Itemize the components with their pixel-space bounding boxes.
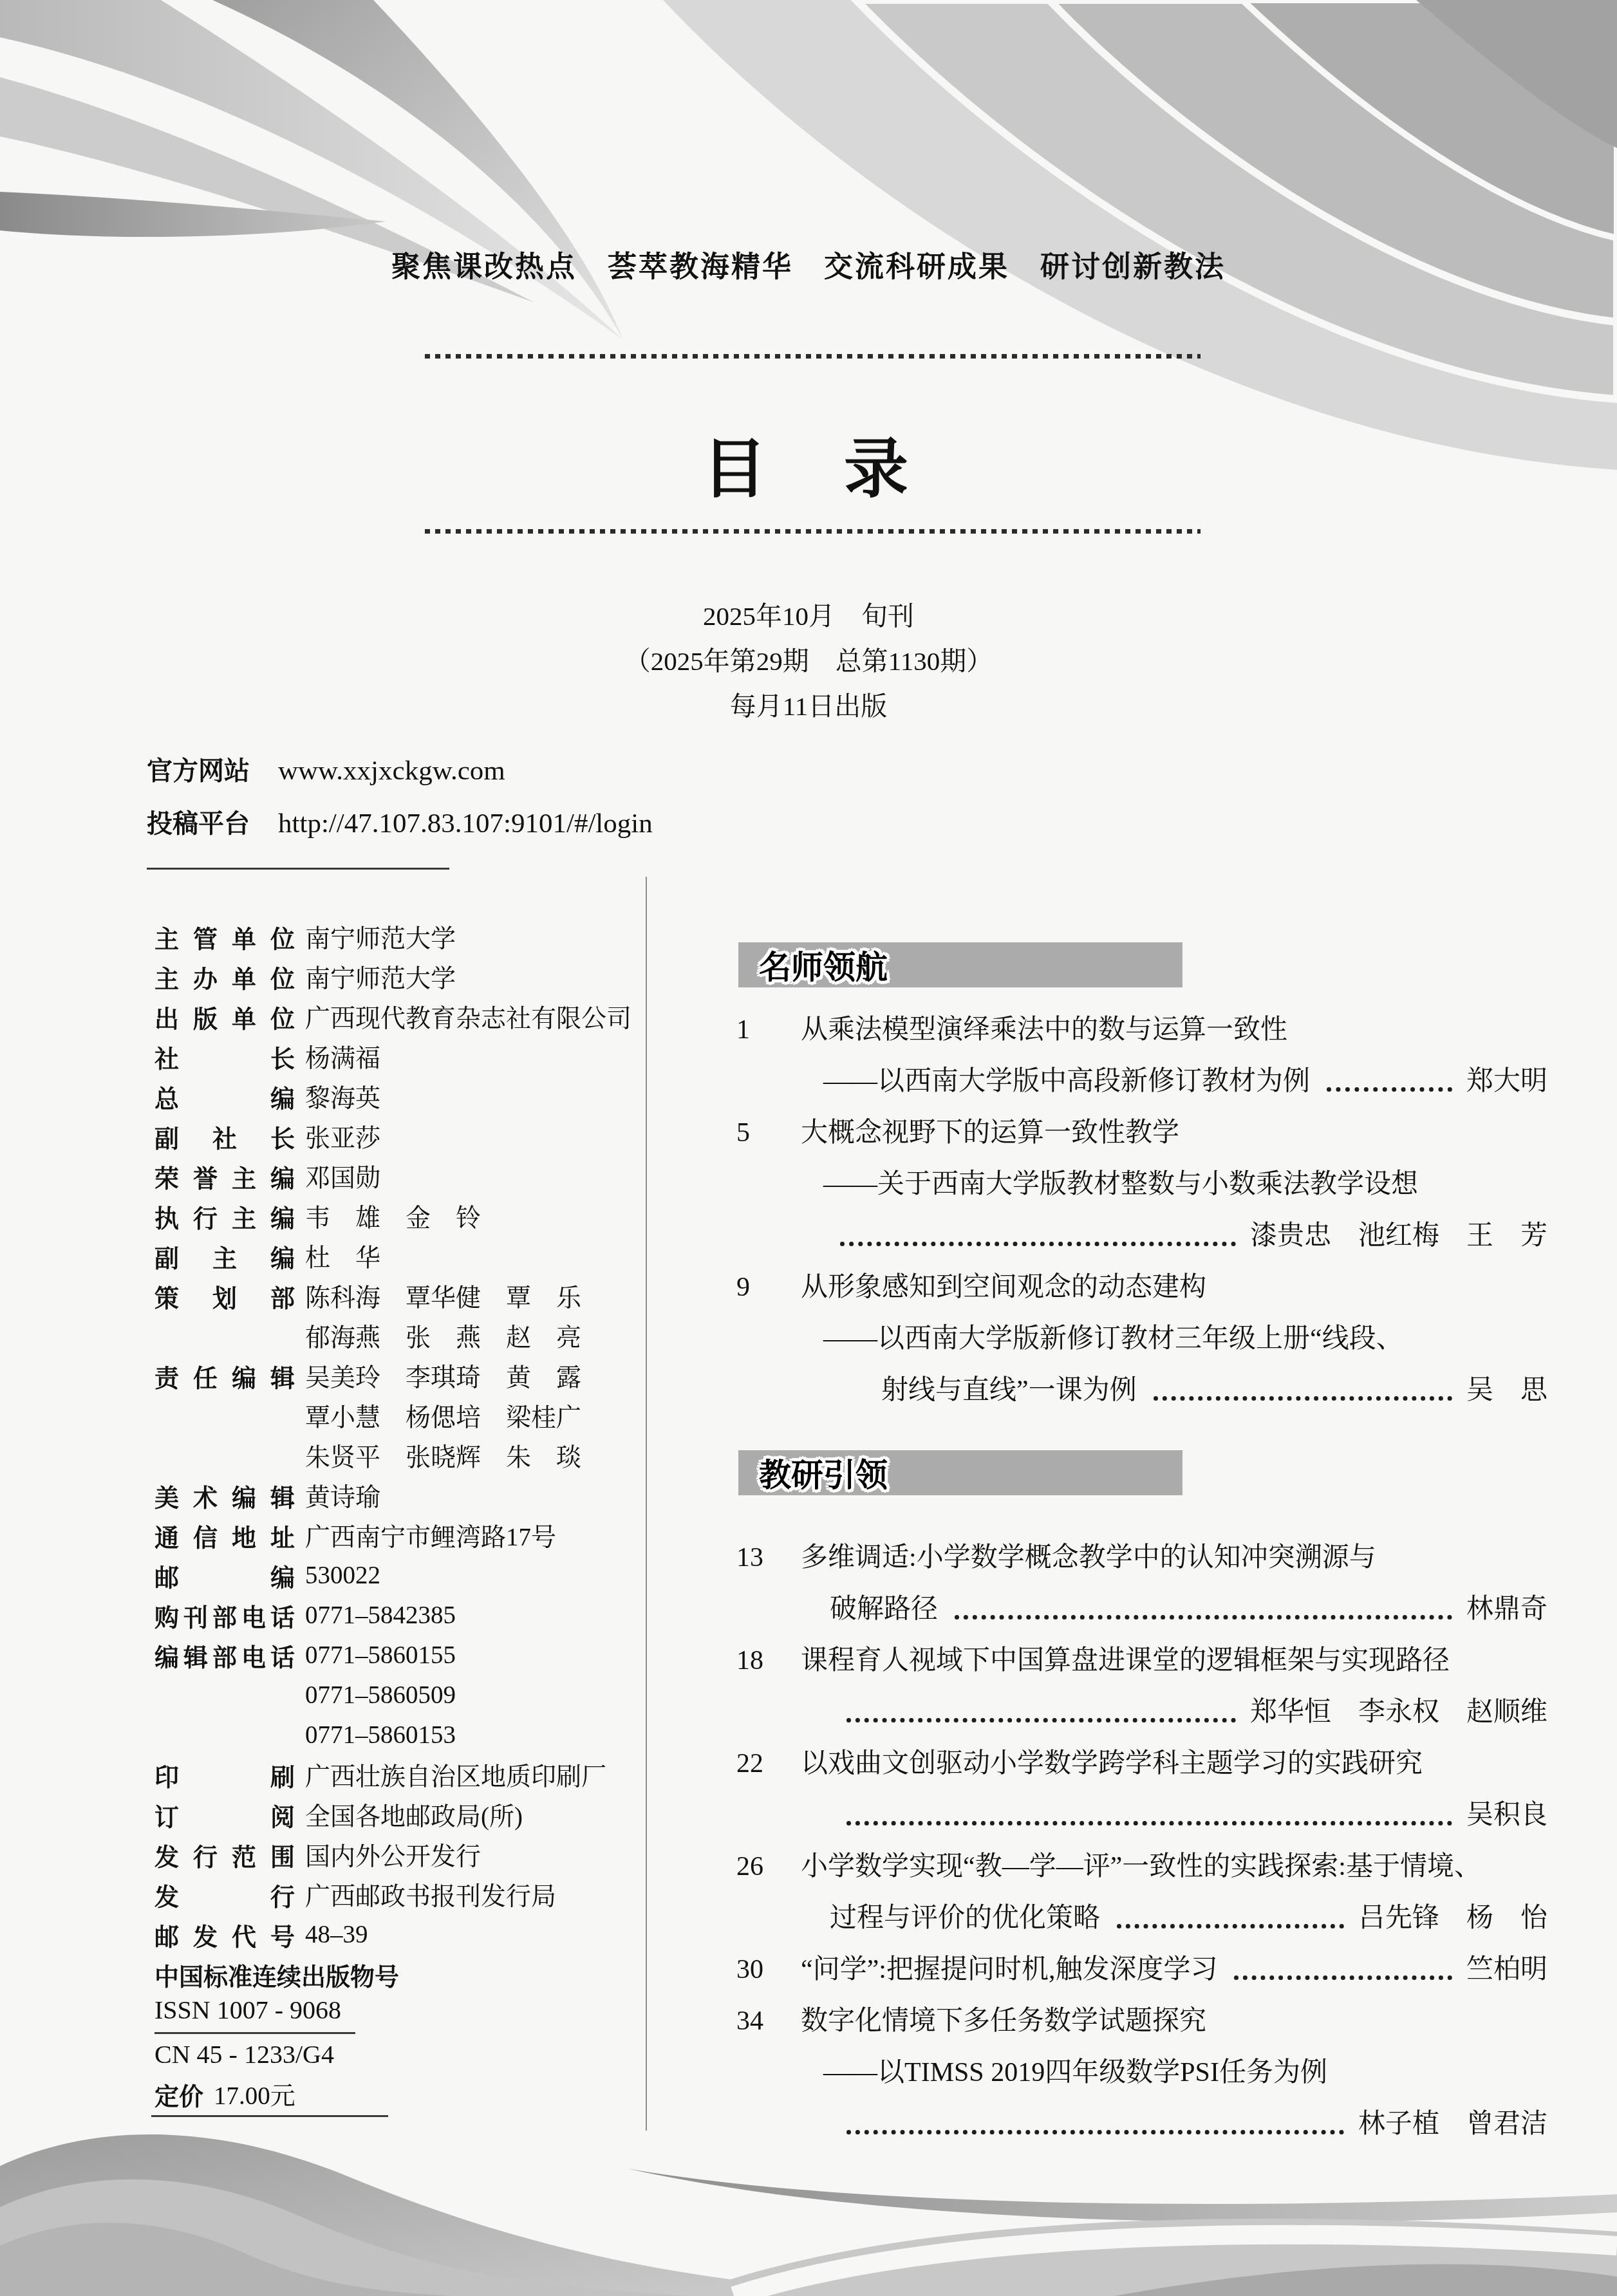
dot-leader [955, 1615, 1452, 1619]
article-authors: 林子植 曾君洁 [1358, 2098, 1547, 2150]
page-title: 目 录 [0, 417, 1617, 510]
article-title: 从形象感知到空间观念的动态建构 [801, 1262, 1206, 1313]
page-number: 30 [736, 1944, 801, 1995]
masthead-value: 0771–5860509 [305, 1681, 456, 1710]
toc-entry-title: 5大概念视野下的运算一致性教学 [729, 1107, 1547, 1159]
masthead-value: 国内外公开发行 [305, 1836, 481, 1872]
dot-leader [846, 2130, 1344, 2134]
masthead-value: 邓国勋 [305, 1158, 380, 1194]
page-number: 18 [736, 1635, 801, 1686]
toc-entry-title: 26小学数学实现“教—学—评”一致性的实践探索:基于情境、 [729, 1841, 1547, 1892]
short-rule [147, 868, 449, 870]
article-authors: 郑华恒 李永权 赵顺维 [1250, 1686, 1547, 1738]
submission-url: http://47.107.83.107:9101/#/login [278, 808, 653, 839]
toc-entry-title: 1从乘法模型演绎乘法中的数与运算一致性 [729, 1004, 1547, 1056]
masthead-value: 广西邮政书报刊发行局 [305, 1876, 556, 1912]
masthead-value: 杜 华 [305, 1238, 380, 1274]
masthead-label: 编辑部电话 [154, 1638, 295, 1673]
cn-row: CN 45 - 1233/G4 [154, 2034, 631, 2074]
section-header-label: 名师领航 [759, 942, 888, 988]
masthead-label: 主管单位 [154, 919, 295, 955]
masthead-row: 购刊部电话0771–5842385 [154, 1595, 631, 1635]
issn-heading: 中国标准连续出版物号 [154, 1957, 399, 1992]
dot-leader [840, 1242, 1236, 1246]
section-header-mingshi: 名师领航 [738, 942, 1182, 987]
article-authors: 吕先锋 杨 怡 [1358, 1892, 1547, 1944]
masthead-value: 黎海英 [305, 1078, 380, 1114]
masthead-row: 覃小慧 杨偲培 梁桂广 [154, 1395, 631, 1435]
masthead-label: 主办单位 [154, 959, 295, 994]
masthead-row: 0771–5860509 [154, 1675, 631, 1715]
price-label: 定价 [154, 2077, 203, 2112]
masthead-value: 覃小慧 杨偲培 梁桂广 [305, 1397, 581, 1433]
masthead-row: 0771–5860153 [154, 1715, 631, 1755]
article-title: “问学”:把握提问时机,触发深度学习 [801, 1944, 1217, 1995]
masthead-row: 副社长张亚莎 [154, 1116, 631, 1156]
masthead-row: 社长杨满福 [154, 1036, 631, 1076]
masthead-row: 发行广西邮政书报刊发行局 [154, 1874, 631, 1914]
masthead-row: 荣誉主编邓国勋 [154, 1156, 631, 1196]
page-number: 34 [736, 1995, 801, 2047]
toc-entry-title: 18课程育人视域下中国算盘进课堂的逻辑框架与实现路径 [729, 1635, 1547, 1686]
submission-platform-row: 投稿平台 http://47.107.83.107:9101/#/login [147, 803, 653, 840]
masthead-row: 邮编530022 [154, 1555, 631, 1595]
section-header-label: 教研引领 [759, 1450, 888, 1496]
article-subtitle: ——以西南大学版中高段新修订教材为例 [823, 1056, 1310, 1107]
page-number: 22 [736, 1738, 801, 1789]
masthead-value: 530022 [305, 1561, 380, 1590]
masthead-label: 通信地址 [154, 1518, 295, 1553]
toc-entry-authors: 郑华恒 李永权 赵顺维 [729, 1686, 1547, 1738]
issue-info: 2025年10月 旬刊 （2025年第29期 总第1130期） 每月11日出版 [0, 593, 1617, 729]
masthead-label: 订阅 [154, 1797, 295, 1833]
masthead-bottom-rule [151, 2115, 388, 2117]
masthead-label: 邮编 [154, 1558, 295, 1593]
masthead-row: 订阅全国各地邮政局(所) [154, 1795, 631, 1834]
masthead-value: 0771–5860153 [305, 1721, 456, 1750]
masthead-row: 策划部陈科海 覃华健 覃 乐 [154, 1276, 631, 1316]
masthead-row: 主办单位南宁师范大学 [154, 957, 631, 996]
masthead-row: 执行主编韦 雄 金 铃 [154, 1196, 631, 1236]
masthead-row: 郁海燕 张 燕 赵 亮 [154, 1316, 631, 1356]
page-number: 5 [736, 1107, 801, 1159]
page-number: 9 [736, 1262, 801, 1313]
cn-number: CN 45 - 1233/G4 [154, 2039, 334, 2069]
article-subtitle: ——以TIMSS 2019四年级数学PSI任务为例 [823, 2047, 1327, 2098]
toc-entry-authors: 漆贵忠 池红梅 王 芳 [729, 1210, 1547, 1262]
masthead-label: 社长 [154, 1039, 295, 1074]
masthead-label: 印刷 [154, 1757, 295, 1793]
dot-leader [1154, 1396, 1452, 1401]
toc-entry-subtitle: ——以西南大学版新修订教材三年级上册“线段、 [729, 1313, 1547, 1365]
masthead-value: 0771–5842385 [305, 1601, 456, 1630]
dot-leader [1327, 1087, 1452, 1092]
masthead-row: 邮发代号48–39 [154, 1914, 631, 1954]
masthead-value: 韦 雄 金 铃 [305, 1198, 481, 1234]
toc-entry-subtitle: 射线与直线”一课为例吴 思 [729, 1365, 1547, 1416]
issn-row: ISSN 1007 - 9068 [154, 1994, 631, 2034]
article-authors: 漆贵忠 池红梅 王 芳 [1250, 1210, 1547, 1262]
article-subtitle: ——关于西南大学版教材整数与小数乘法教学设想 [823, 1159, 1418, 1210]
article-authors: 竺柏明 [1466, 1944, 1547, 1995]
article-subtitle: 过程与评价的优化策略 [830, 1892, 1100, 1944]
dot-leader [1117, 1924, 1344, 1928]
toc-entry-subtitle: ——以TIMSS 2019四年级数学PSI任务为例 [729, 2047, 1547, 2098]
masthead-value: 张亚莎 [305, 1118, 380, 1154]
masthead-row: 美术编辑黄诗瑜 [154, 1475, 631, 1515]
masthead-value: 南宁师范大学 [305, 958, 456, 994]
submission-label: 投稿平台 [147, 803, 250, 840]
article-subtitle: ——以西南大学版新修订教材三年级上册“线段、 [823, 1313, 1403, 1365]
website-label: 官方网站 [147, 751, 250, 787]
toc-entry-subtitle: 破解路径林鼎奇 [729, 1583, 1547, 1635]
masthead-row: 发行范围国内外公开发行 [154, 1834, 631, 1874]
masthead-label: 策划部 [154, 1278, 295, 1314]
article-authors: 郑大明 [1466, 1056, 1547, 1107]
official-website-row: 官方网站 www.xxjxckgw.com [147, 751, 505, 787]
article-authors: 吴 思 [1466, 1365, 1547, 1416]
masthead-value: 郁海燕 张 燕 赵 亮 [305, 1318, 581, 1354]
article-title: 小学数学实现“教—学—评”一致性的实践探索:基于情境、 [801, 1841, 1481, 1892]
masthead-label: 副主编 [154, 1238, 295, 1274]
masthead-label: 发行 [154, 1877, 295, 1912]
masthead-value: 陈科海 覃华健 覃 乐 [305, 1278, 581, 1314]
masthead-row: 总编黎海英 [154, 1076, 631, 1116]
masthead-row: 主管单位南宁师范大学 [154, 917, 631, 957]
article-title: 大概念视野下的运算一致性教学 [801, 1107, 1179, 1159]
masthead-label: 出版单位 [154, 999, 295, 1034]
page-number: 26 [736, 1841, 801, 1892]
column-divider [646, 877, 647, 2131]
masthead-value: 全国各地邮政局(所) [305, 1797, 523, 1833]
price-value: 17.00元 [214, 2076, 295, 2112]
dot-leader [846, 1821, 1452, 1825]
toc-section-2: 13多维调适:小学数学概念教学中的认知冲突溯源与 破解路径林鼎奇 18课程育人视… [729, 1532, 1547, 2150]
publish-day: 每月11日出版 [0, 684, 1617, 729]
page-number: 13 [736, 1532, 801, 1583]
toc-entry-title: 22以戏曲文创驱动小学数学跨学科主题学习的实践研究 [729, 1738, 1547, 1789]
masthead-value: 黄诗瑜 [305, 1477, 380, 1513]
toc-entry-title: 9从形象感知到空间观念的动态建构 [729, 1262, 1547, 1313]
masthead-label: 副社长 [154, 1119, 295, 1154]
masthead-row: 责任编辑吴美玲 李琪琦 黄 露 [154, 1356, 631, 1395]
masthead-value: 杨满福 [305, 1038, 380, 1074]
masthead-value: 广西南宁市鲤湾路17号 [305, 1517, 556, 1553]
masthead-row: 编辑部电话0771–5860155 [154, 1635, 631, 1675]
issue-date-frequency: 2025年10月 旬刊 [0, 593, 1617, 639]
masthead-label: 发行范围 [154, 1837, 295, 1872]
dot-leader [846, 1718, 1236, 1722]
masthead-label: 邮发代号 [154, 1917, 295, 1952]
page-number: 1 [736, 1004, 801, 1056]
article-title: 从乘法模型演绎乘法中的数与运算一致性 [801, 1004, 1287, 1056]
masthead-label: 荣誉主编 [154, 1159, 295, 1194]
masthead-value: 0771–5860155 [305, 1641, 456, 1670]
article-title: 以戏曲文创驱动小学数学跨学科主题学习的实践研究 [801, 1738, 1423, 1789]
toc-entry-subtitle: 过程与评价的优化策略吕先锋 杨 怡 [729, 1892, 1547, 1944]
article-title: 数字化情境下多任务数学试题探究 [801, 1995, 1206, 2047]
masthead: 主管单位南宁师范大学 主办单位南宁师范大学 出版单位广西现代教育杂志社有限公司 … [154, 917, 631, 2114]
masthead-label: 美术编辑 [154, 1478, 295, 1513]
masthead-row: 印刷广西壮族自治区地质印刷厂 [154, 1755, 631, 1795]
masthead-row: 通信地址广西南宁市鲤湾路17号 [154, 1515, 631, 1555]
article-subtitle: 破解路径 [830, 1583, 938, 1635]
toc-entry-title: 13多维调适:小学数学概念教学中的认知冲突溯源与 [729, 1532, 1547, 1583]
article-authors: 林鼎奇 [1466, 1583, 1547, 1635]
issue-number: （2025年第29期 总第1130期） [0, 639, 1617, 684]
dotted-rule-bottom [425, 529, 1201, 534]
masthead-row: 副主编杜 华 [154, 1236, 631, 1276]
article-title: 课程育人视域下中国算盘进课堂的逻辑框架与实现路径 [801, 1635, 1450, 1686]
toc-section-1: 1从乘法模型演绎乘法中的数与运算一致性 ——以西南大学版中高段新修订教材为例郑大… [729, 1004, 1547, 1416]
dot-leader [1234, 1975, 1452, 1980]
toc-entry-authors: 吴积良 [729, 1789, 1547, 1841]
toc-entry-subtitle: ——关于西南大学版教材整数与小数乘法教学设想 [729, 1159, 1547, 1210]
masthead-row: 朱贤平 张晓辉 朱 琰 [154, 1435, 631, 1475]
article-title: 多维调适:小学数学概念教学中的认知冲突溯源与 [801, 1532, 1376, 1583]
masthead-label: 责任编辑 [154, 1358, 295, 1394]
masthead-value: 南宁师范大学 [305, 919, 456, 955]
article-authors: 吴积良 [1466, 1789, 1547, 1841]
price-row: 定价17.00元 [154, 2074, 631, 2114]
masthead-value: 广西现代教育杂志社有限公司 [305, 998, 631, 1034]
toc-column: 名师领航 1从乘法模型演绎乘法中的数与运算一致性 ——以西南大学版中高段新修订教… [729, 942, 1547, 2150]
issn-heading-row: 中国标准连续出版物号 [154, 1954, 631, 1994]
masthead-value: 吴美玲 李琪琦 黄 露 [305, 1358, 581, 1394]
section-header-jiaoyan: 教研引领 [738, 1450, 1182, 1495]
masthead-row: 出版单位广西现代教育杂志社有限公司 [154, 996, 631, 1036]
dotted-rule-top [425, 354, 1201, 359]
website-url: www.xxjxckgw.com [278, 755, 505, 787]
masthead-label: 购刊部电话 [154, 1598, 295, 1633]
masthead-label: 总编 [154, 1079, 295, 1114]
toc-entry-title: 34数字化情境下多任务数学试题探究 [729, 1995, 1547, 2047]
magazine-slogan: 聚焦课改热点 荟萃教海精华 交流科研成果 研讨创新教法 [0, 243, 1617, 285]
toc-entry-subtitle: ——以西南大学版中高段新修订教材为例郑大明 [729, 1056, 1547, 1107]
toc-entry-authors: 林子植 曾君洁 [729, 2098, 1547, 2150]
masthead-value: 48–39 [305, 1920, 368, 1949]
article-subtitle: 射线与直线”一课为例 [881, 1365, 1137, 1416]
masthead-value: 朱贤平 张晓辉 朱 琰 [305, 1437, 581, 1473]
masthead-label: 执行主编 [154, 1199, 295, 1234]
issn-number: ISSN 1007 - 9068 [154, 1995, 355, 2034]
masthead-value: 广西壮族自治区地质印刷厂 [305, 1757, 606, 1793]
magazine-toc-page: 聚焦课改热点 荟萃教海精华 交流科研成果 研讨创新教法 目 录 2025年10月… [0, 0, 1617, 2296]
toc-entry-title: 30“问学”:把握提问时机,触发深度学习竺柏明 [729, 1944, 1547, 1995]
